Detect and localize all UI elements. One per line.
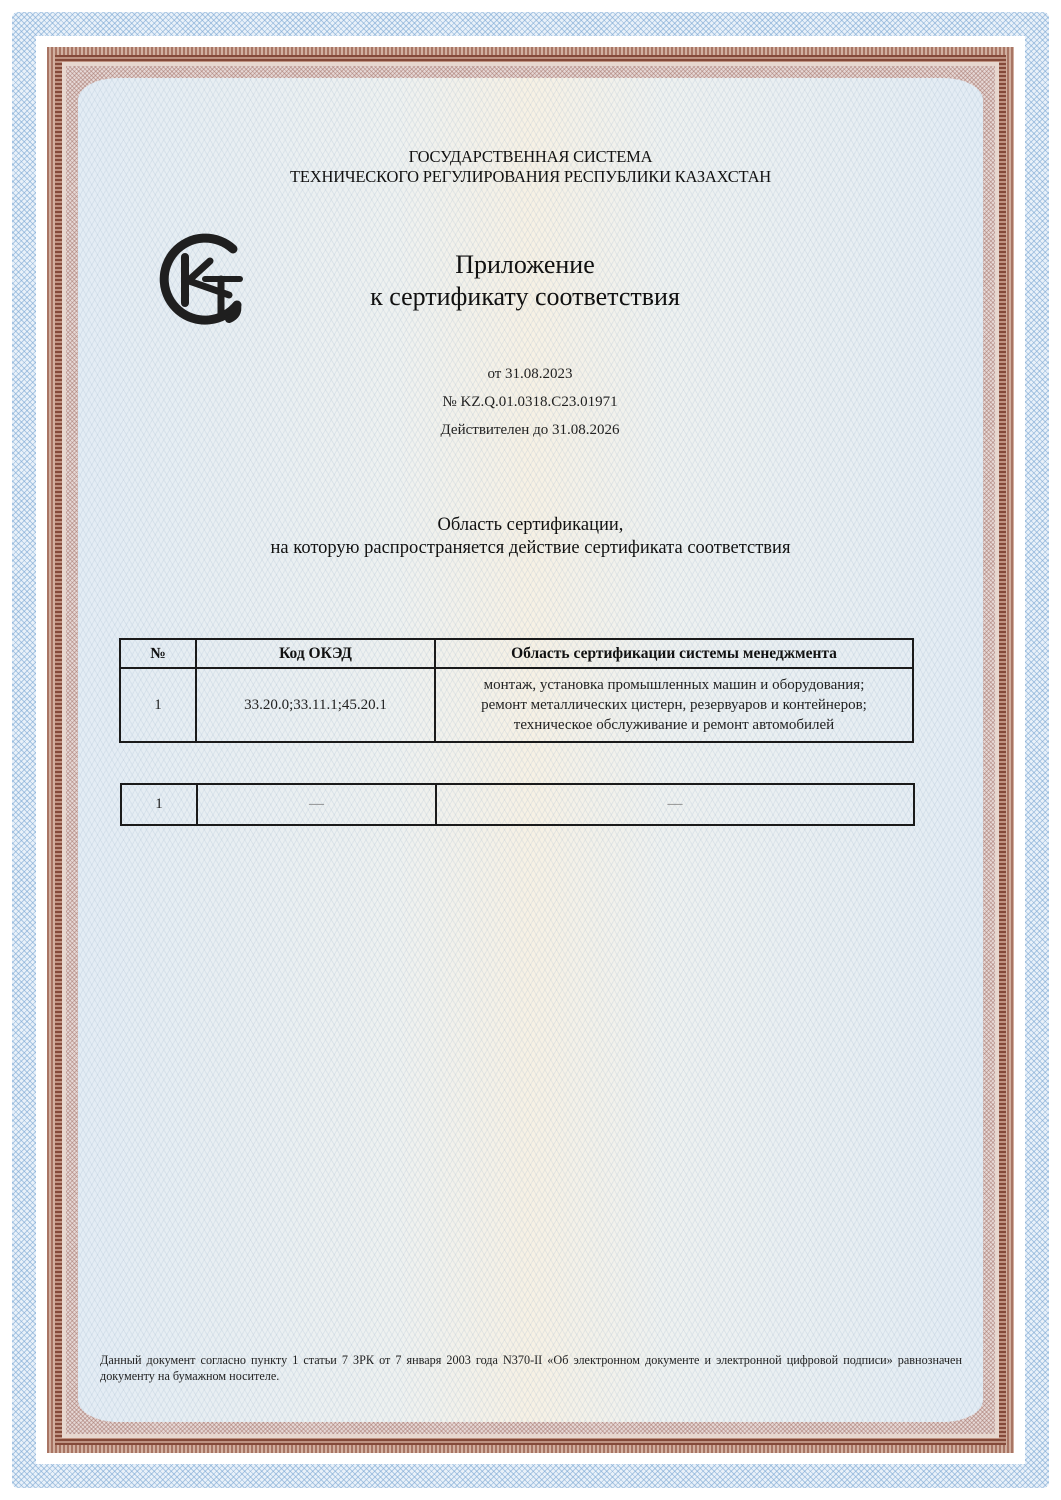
scope-line: монтаж, установка промышленных машин и о… (442, 675, 906, 695)
authority-line-2: ТЕХНИЧЕСКОГО РЕГУЛИРОВАНИЯ РЕСПУБЛИКИ КА… (0, 167, 1061, 187)
scope-heading: Область сертификации, на которую распрос… (0, 514, 1061, 560)
table-row: 1 33.20.0;33.11.1;45.20.1 монтаж, устано… (120, 668, 913, 742)
column-header-okved-code: Код ОКЭД (196, 639, 435, 668)
kz-technical-regulation-logo-icon (155, 227, 250, 332)
title-line-1: Приложение (250, 249, 800, 281)
secondary-scope-table: 1 — — (120, 783, 915, 826)
scope-line: ремонт металлических цистерн, резервуаро… (442, 695, 906, 715)
table-header-row: № Код ОКЭД Область сертификации системы … (120, 639, 913, 668)
certificate-content: ГОСУДАРСТВЕННАЯ СИСТЕМА ТЕХНИЧЕСКОГО РЕГ… (0, 0, 1061, 1500)
scope-heading-line-2: на которую распространяется действие сер… (0, 537, 1061, 560)
authority-line-1: ГОСУДАРСТВЕННАЯ СИСТЕМА (0, 147, 1061, 167)
title-line-2: к сертификату соответствия (250, 281, 800, 313)
row-number: 1 (121, 784, 197, 825)
legal-footer-note: Данный документ согласно пункту 1 статьи… (100, 1352, 962, 1384)
row-scope: монтаж, установка промышленных машин и о… (435, 668, 913, 742)
issuing-authority: ГОСУДАРСТВЕННАЯ СИСТЕМА ТЕХНИЧЕСКОГО РЕГ… (0, 147, 1061, 187)
certification-scope-table: № Код ОКЭД Область сертификации системы … (119, 638, 914, 743)
column-header-number: № (120, 639, 196, 668)
certificate-number: № KZ.Q.01.0318.C23.01971 (330, 388, 730, 416)
row-okved-code: 33.20.0;33.11.1;45.20.1 (196, 668, 435, 742)
column-header-scope: Область сертификации системы менеджмента (435, 639, 913, 668)
issue-date: от 31.08.2023 (330, 360, 730, 388)
scope-heading-line-1: Область сертификации, (0, 514, 1061, 537)
row-scope-empty: — (436, 784, 914, 825)
valid-until: Действителен до 31.08.2026 (330, 416, 730, 444)
document-title: Приложение к сертификату соответствия (250, 249, 800, 313)
row-number: 1 (120, 668, 196, 742)
row-code-empty: — (197, 784, 436, 825)
certificate-meta: от 31.08.2023 № KZ.Q.01.0318.C23.01971 Д… (330, 360, 730, 444)
scope-line: техническое обслуживание и ремонт автомо… (442, 715, 906, 735)
table-row: 1 — — (121, 784, 914, 825)
